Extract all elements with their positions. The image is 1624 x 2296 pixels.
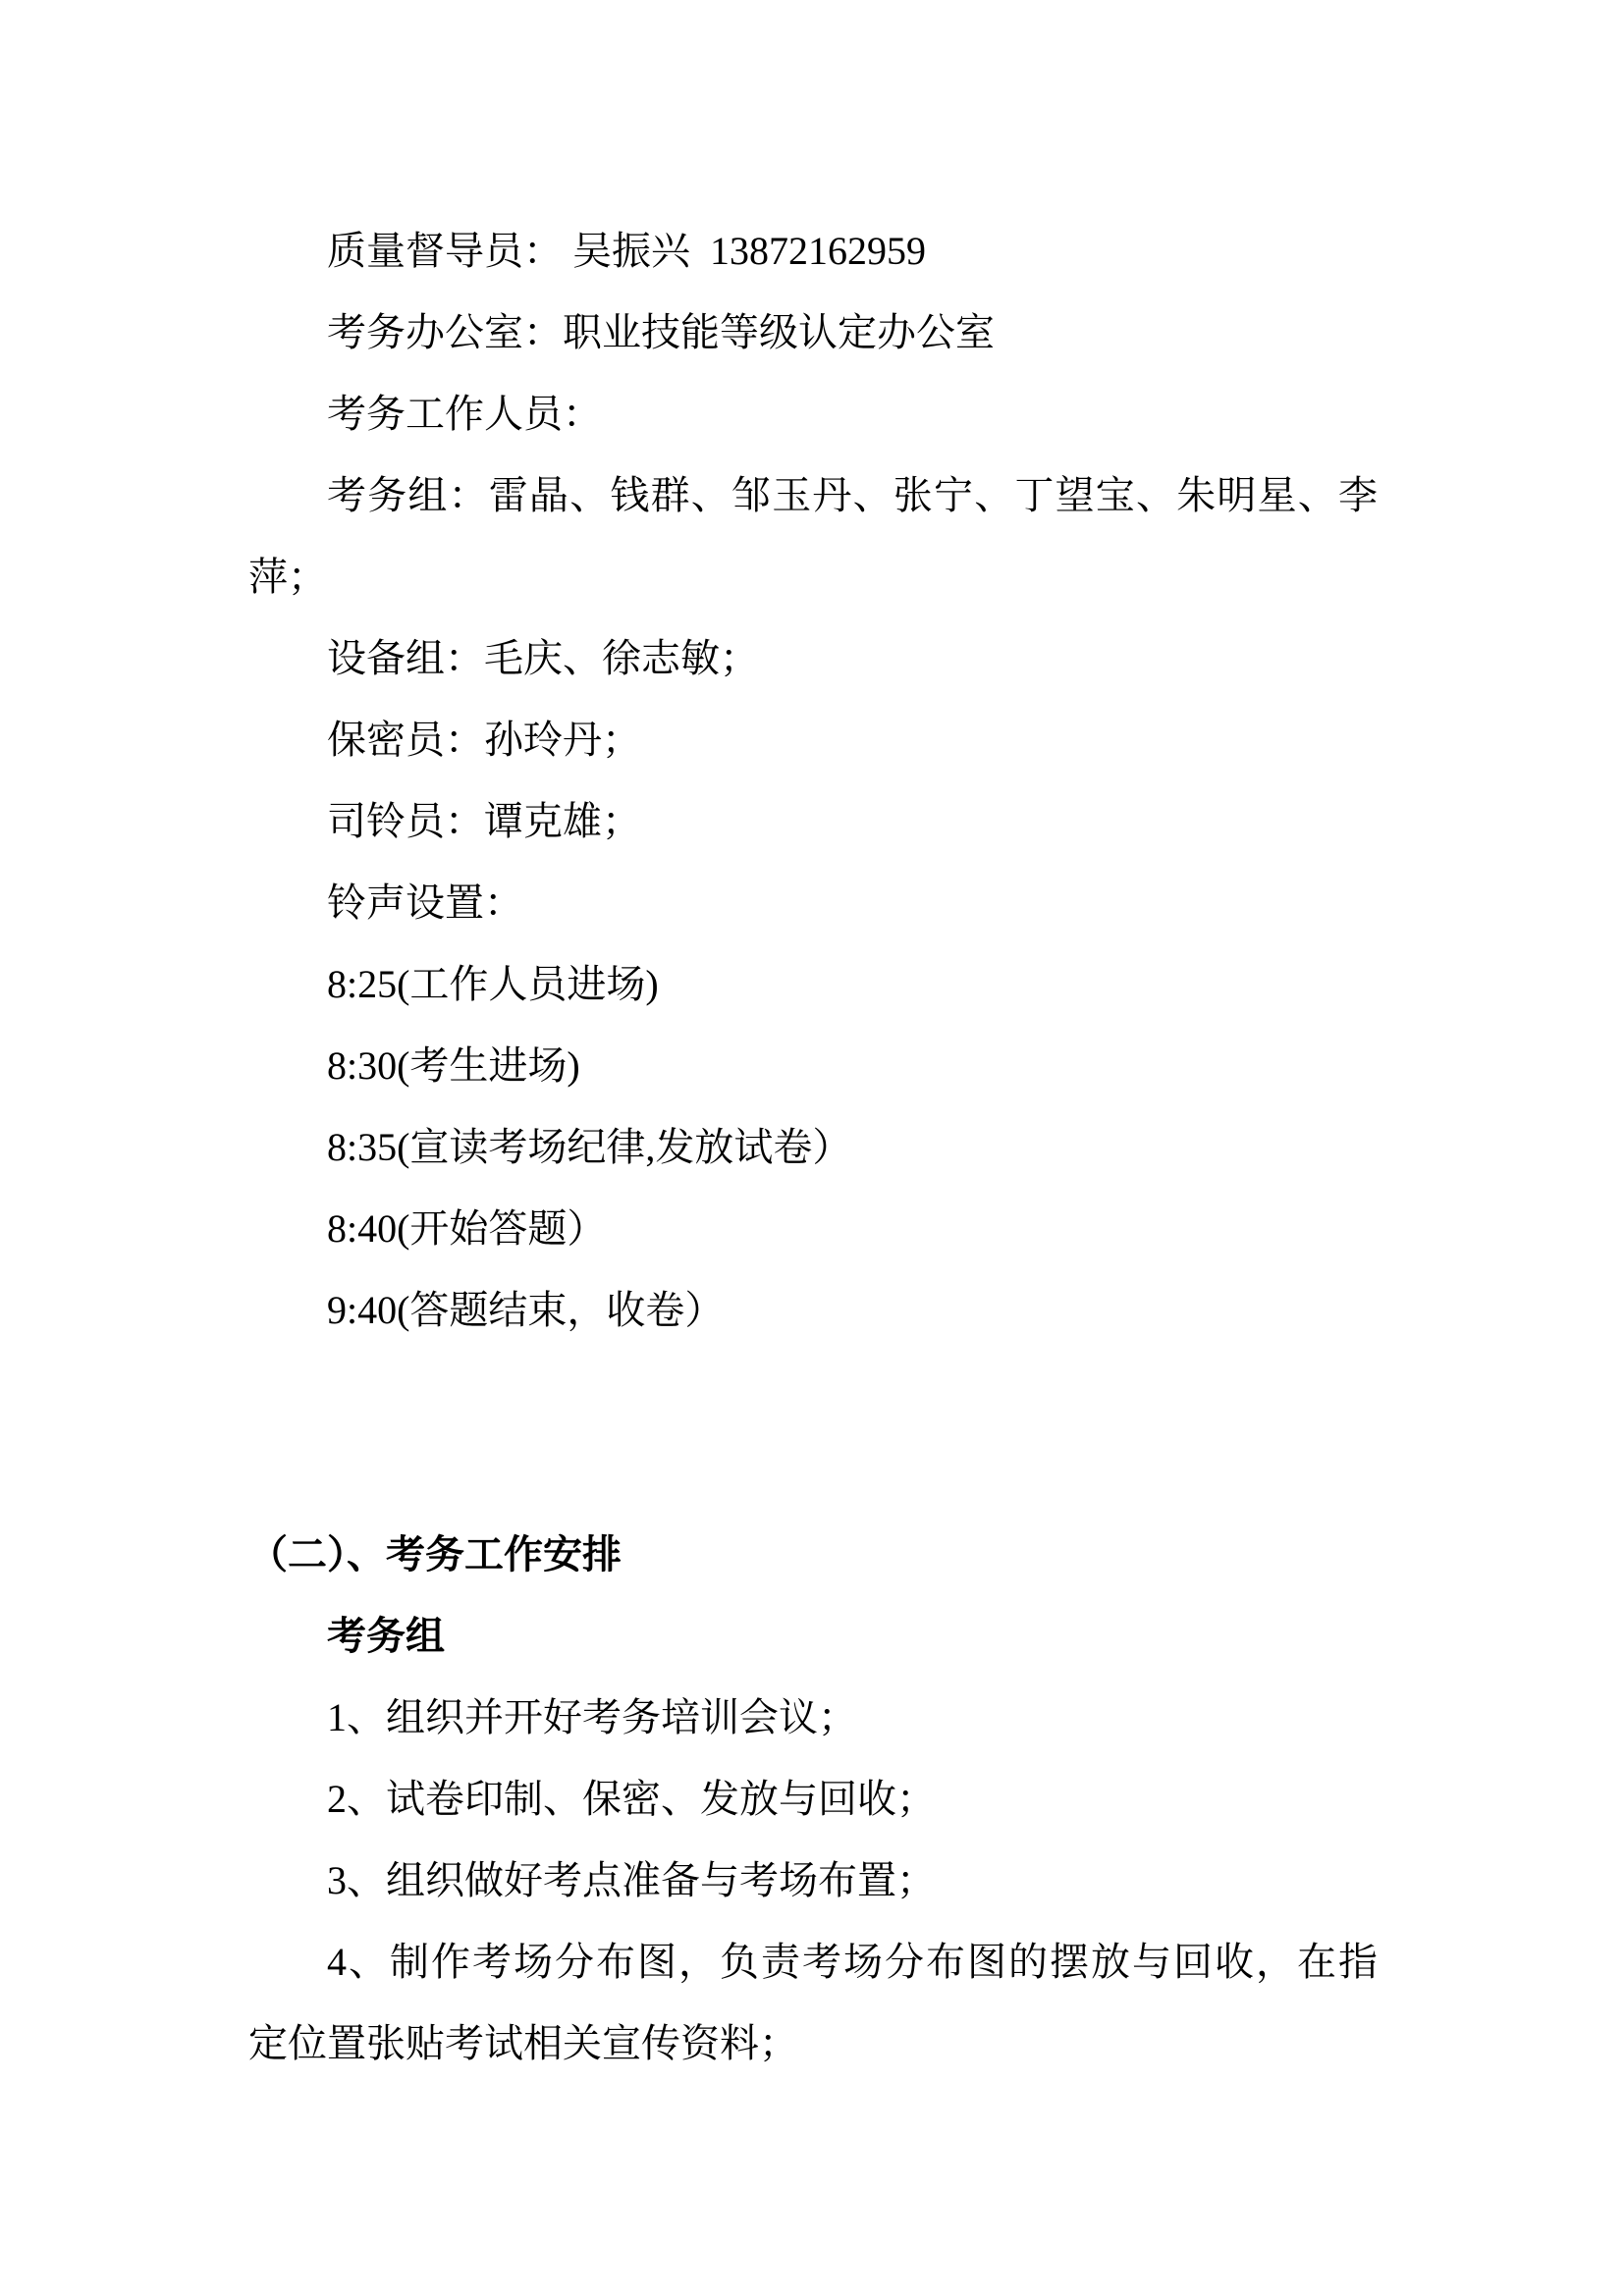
document-line: 质量督导员： 吴振兴 13872162959 xyxy=(248,210,1378,292)
document-line: （二）、考务工作安排 xyxy=(248,1514,1378,1595)
document-line: 铃声设置： xyxy=(248,862,1378,943)
document-line: 8:30(考生进场) xyxy=(248,1025,1378,1106)
document-line: 设备组：毛庆、徐志敏； xyxy=(248,617,1378,699)
document-line: 保密员：孙玲丹； xyxy=(248,699,1378,780)
document-content: 质量督导员： 吴振兴 13872162959考务办公室：职业技能等级认定办公室考… xyxy=(248,210,1378,2084)
document-line: 考务组：雷晶、钱群、邹玉丹、张宁、丁望宝、朱明星、李 xyxy=(248,454,1378,536)
document-line: 9:40(答题结束，收卷） xyxy=(248,1269,1378,1351)
document-line: 定位置张贴考试相关宣传资料； xyxy=(248,2002,1378,2084)
document-line: 考务办公室：职业技能等级认定办公室 xyxy=(248,292,1378,373)
blank-line xyxy=(248,1351,1378,1432)
document-line: 8:40(开始答题） xyxy=(248,1188,1378,1269)
document-line: 司铃员：谭克雄； xyxy=(248,780,1378,862)
document-line: 3、组织做好考点准备与考场布置； xyxy=(248,1840,1378,1921)
document-page: 质量督导员： 吴振兴 13872162959考务办公室：职业技能等级认定办公室考… xyxy=(0,0,1624,2296)
blank-line xyxy=(248,1432,1378,1514)
document-line: 8:25(工作人员进场) xyxy=(248,943,1378,1025)
document-line: 萍； xyxy=(248,536,1378,617)
document-line: 1、组织并开好考务培训会议； xyxy=(248,1677,1378,1758)
document-line: 考务工作人员： xyxy=(248,373,1378,454)
document-line: 4、制作考场分布图，负责考场分布图的摆放与回收，在指 xyxy=(248,1921,1378,2002)
document-line: 考务组 xyxy=(248,1595,1378,1677)
document-line: 8:35(宣读考场纪律,发放试卷） xyxy=(248,1106,1378,1188)
document-line: 2、试卷印制、保密、发放与回收； xyxy=(248,1758,1378,1840)
